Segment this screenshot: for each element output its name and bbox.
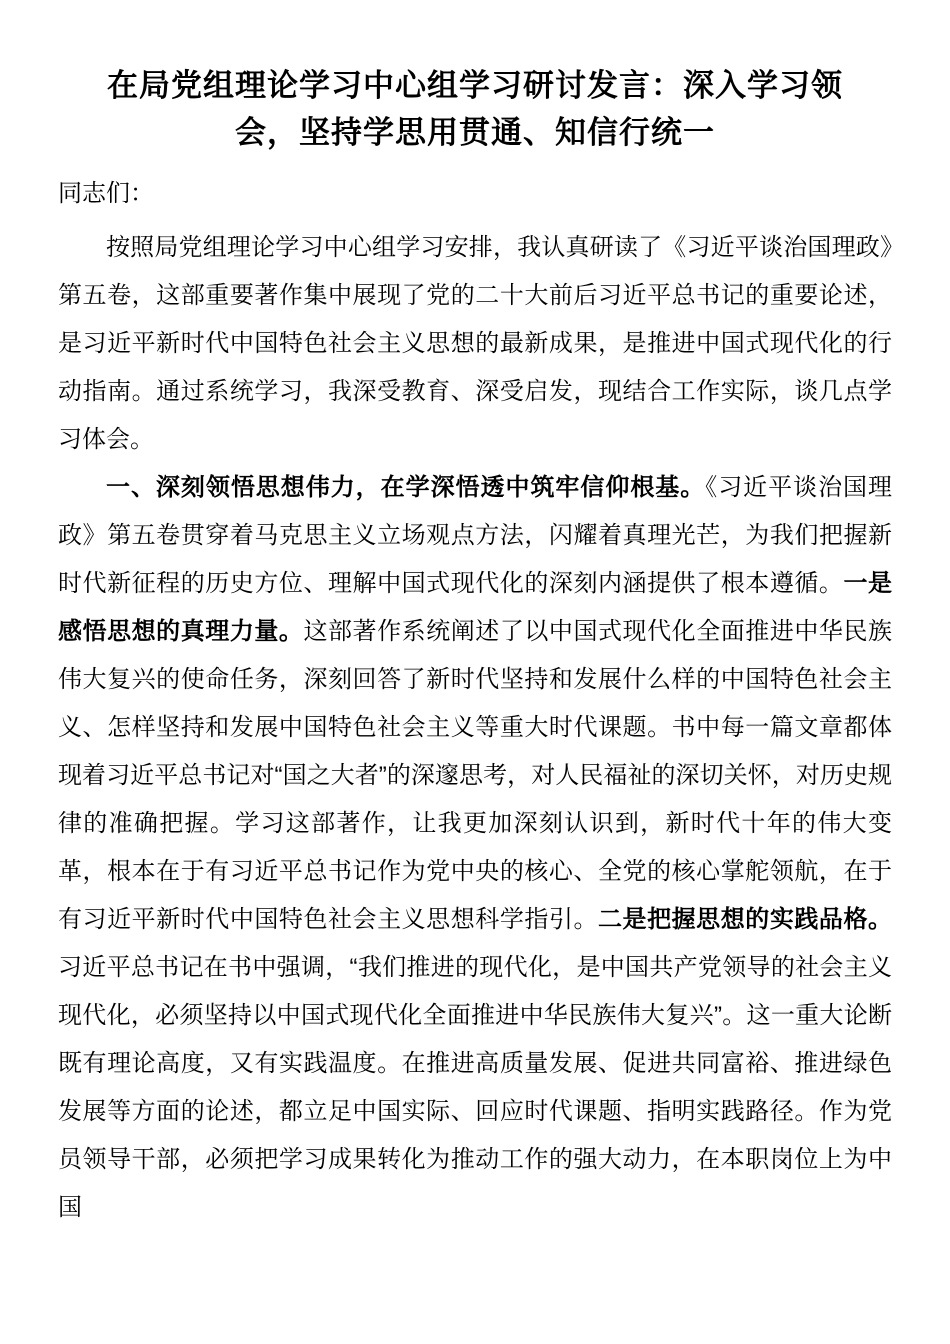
bold-text-run: 一、深刻领悟思想伟力，在学深悟透中筑牢信仰根基。 <box>106 474 705 501</box>
document-body: 按照局党组理论学习中心组学习安排，我认真研读了《习近平谈治国理政》第五卷，这部重… <box>58 224 892 1232</box>
paragraph-1: 按照局党组理论学习中心组学习安排，我认真研读了《习近平谈治国理政》第五卷，这部重… <box>58 224 892 464</box>
title-line-1: 在局党组理论学习中心组学习研讨发言：深入学习领 <box>58 62 892 109</box>
bold-text-run: 二是把握思想的实践品格。 <box>598 906 892 933</box>
document-page: 在局党组理论学习中心组学习研讨发言：深入学习领 会，坚持学思用贯通、知信行统一 … <box>0 0 950 1344</box>
text-run: 按照局党组理论学习中心组学习安排，我认真研读了《习近平谈治国理政》第五卷，这部重… <box>58 234 892 453</box>
title-line-2: 会，坚持学思用贯通、知信行统一 <box>58 109 892 156</box>
text-run: 习近平总书记在书中强调，“我们推进的现代化，是中国共产党领导的社会主义现代化，必… <box>58 954 892 1221</box>
document-title: 在局党组理论学习中心组学习研讨发言：深入学习领 会，坚持学思用贯通、知信行统一 <box>58 62 892 156</box>
text-run: 这部著作系统阐述了以中国式现代化全面推进中华民族伟大复兴的使命任务，深刻回答了新… <box>58 618 892 933</box>
salutation: 同志们： <box>58 170 892 218</box>
paragraph-2: 一、深刻领悟思想伟力，在学深悟透中筑牢信仰根基。《习近平谈治国理政》第五卷贯穿着… <box>58 464 892 1232</box>
